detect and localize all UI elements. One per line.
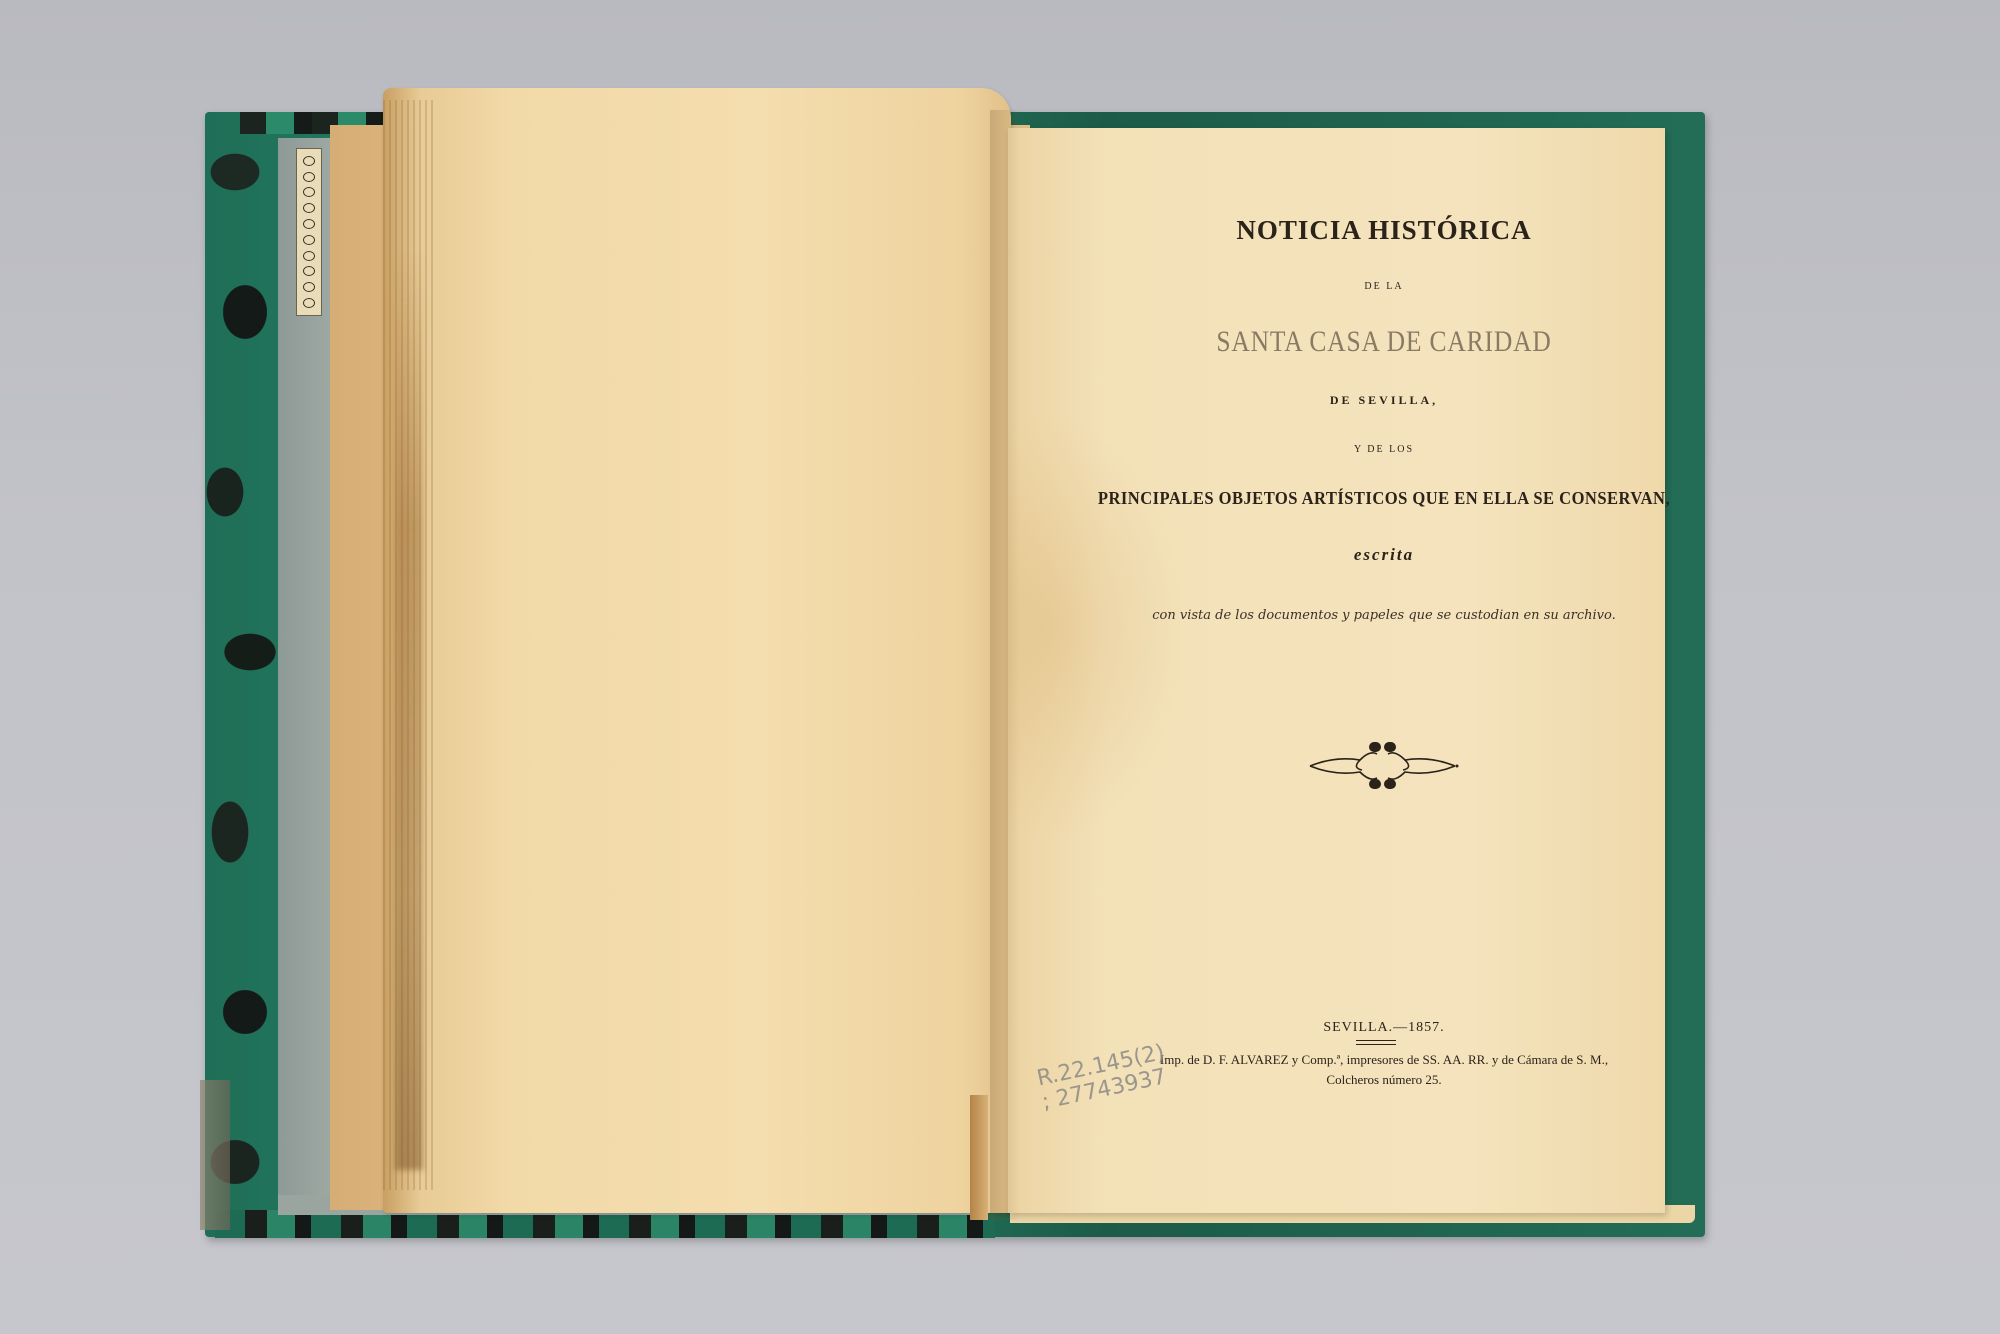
cover-worn-corner xyxy=(200,1080,230,1230)
decorative-label-strip xyxy=(296,148,322,316)
book-title: NOTICIA HISTÓRICA xyxy=(1008,215,1760,246)
institution-city: DE SEVILLA, xyxy=(1008,393,1760,408)
escrita-label: escrita xyxy=(1008,545,1760,565)
left-page-tear xyxy=(970,1095,988,1220)
label-ornament-icon xyxy=(303,156,315,166)
double-rule-divider xyxy=(1356,1040,1396,1045)
label-ornament-icon xyxy=(303,203,315,213)
label-ornament-icon xyxy=(303,266,315,276)
place-and-date: SEVILLA.—1857. xyxy=(1008,1020,1760,1036)
label-ornament-icon xyxy=(303,282,315,292)
label-ornament-icon xyxy=(303,219,315,229)
left-page[interactable] xyxy=(383,88,1011,1213)
title-connector-de-la: DE LA xyxy=(1008,281,1760,292)
label-ornament-icon xyxy=(303,251,315,261)
label-ornament-icon xyxy=(303,235,315,245)
book-subject: PRINCIPALES OBJETOS ARTÍSTICOS QUE EN EL… xyxy=(1038,488,1730,509)
institution-name: SANTA CASA DE CARIDAD xyxy=(1064,325,1703,359)
label-ornament-icon xyxy=(303,187,315,197)
title-connector-y-de-los: Y DE LOS xyxy=(1008,444,1760,455)
label-ornament-icon xyxy=(303,172,315,182)
label-ornament-icon xyxy=(303,298,315,308)
ornament-icon xyxy=(1305,738,1460,793)
left-page-stain xyxy=(395,250,423,1170)
source-note: con vista de los documentos y papeles qu… xyxy=(1008,608,1760,623)
